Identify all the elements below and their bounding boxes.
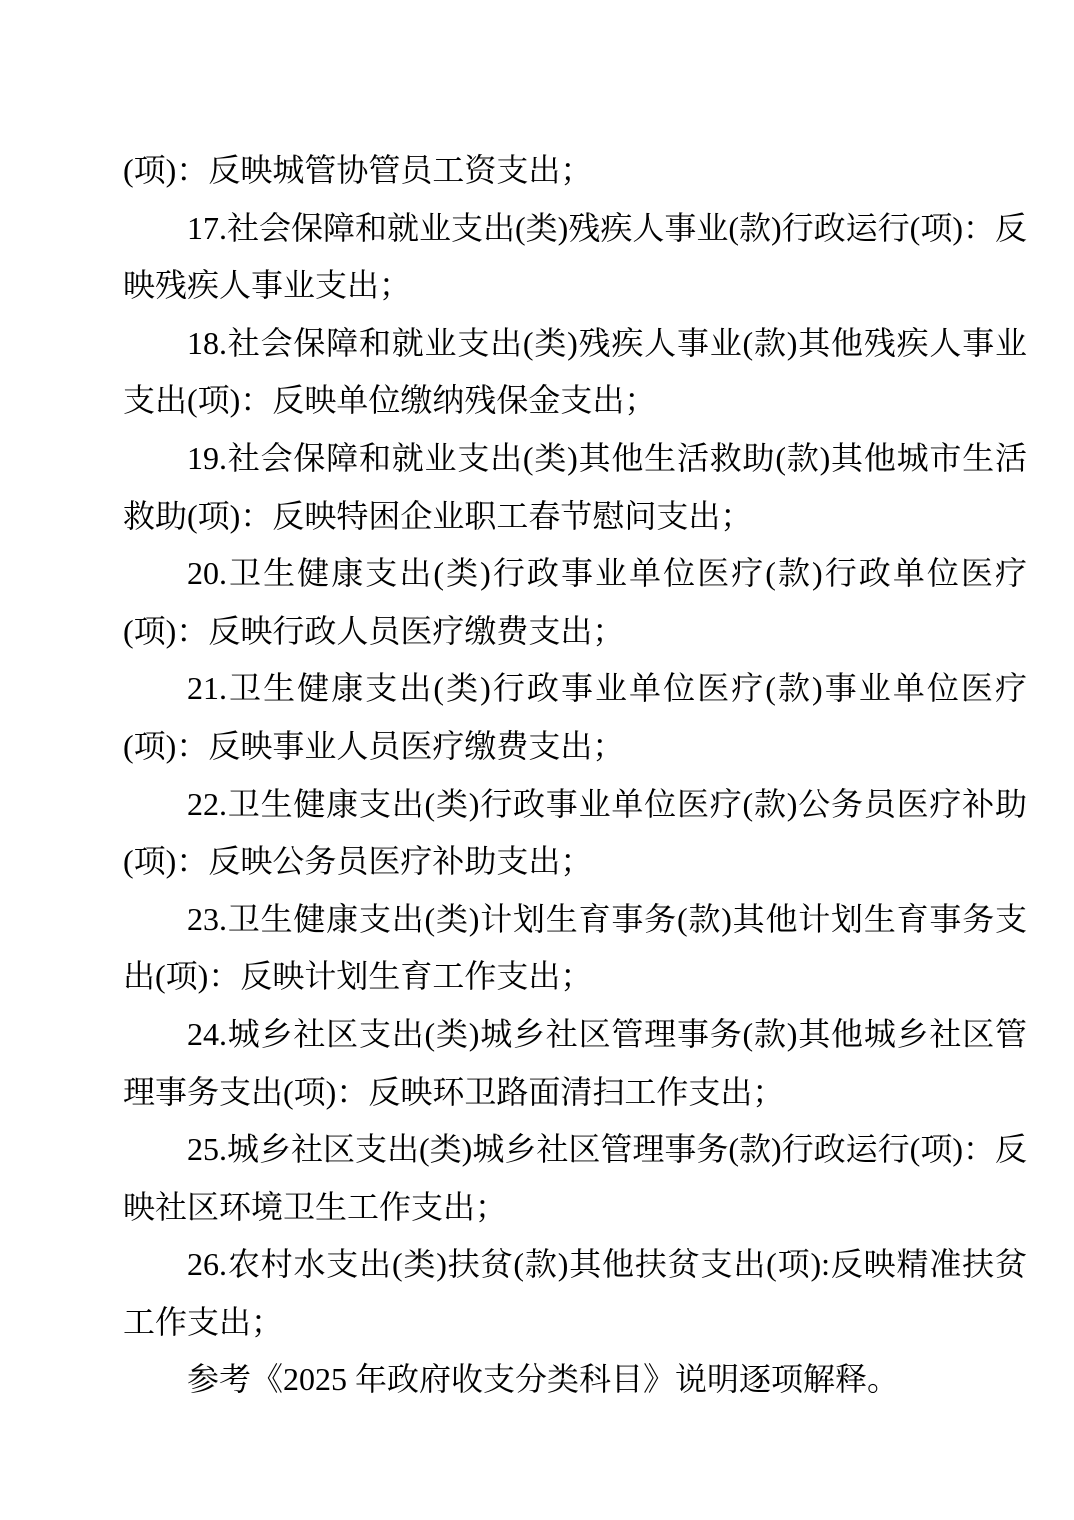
paragraph-item-21: 21.卫生健康支出(类)行政事业单位医疗(款)事业单位医疗(项)：反映事业人员医… [123, 660, 1027, 775]
paragraph-continuation-item-16: (项)：反映城管协管员工资支出； [123, 142, 1027, 200]
document-page: (项)：反映城管协管员工资支出； 17.社会保障和就业支出(类)残疾人事业(款)… [0, 0, 1074, 1520]
paragraph-item-25: 25.城乡社区支出(类)城乡社区管理事务(款)行政运行(项)：反映社区环境卫生工… [123, 1121, 1027, 1236]
paragraph-reference-note: 参考《2025 年政府收支分类科目》说明逐项解释。 [123, 1351, 1027, 1409]
paragraph-item-24: 24.城乡社区支出(类)城乡社区管理事务(款)其他城乡社区管理事务支出(项)：反… [123, 1006, 1027, 1121]
paragraph-item-22: 22.卫生健康支出(类)行政事业单位医疗(款)公务员医疗补助(项)：反映公务员医… [123, 776, 1027, 891]
paragraph-item-19: 19.社会保障和就业支出(类)其他生活救助(款)其他城市生活救助(项)：反映特困… [123, 430, 1027, 545]
paragraph-item-23: 23.卫生健康支出(类)计划生育事务(款)其他计划生育事务支出(项)：反映计划生… [123, 891, 1027, 1006]
paragraph-item-18: 18.社会保障和就业支出(类)残疾人事业(款)其他残疾人事业支出(项)：反映单位… [123, 315, 1027, 430]
paragraph-item-20: 20.卫生健康支出(类)行政事业单位医疗(款)行政单位医疗(项)：反映行政人员医… [123, 545, 1027, 660]
document-body-text: (项)：反映城管协管员工资支出； 17.社会保障和就业支出(类)残疾人事业(款)… [123, 142, 1027, 1409]
paragraph-item-17: 17.社会保障和就业支出(类)残疾人事业(款)行政运行(项)：反映残疾人事业支出… [123, 200, 1027, 315]
paragraph-item-26: 26.农村水支出(类)扶贫(款)其他扶贫支出(项):反映精准扶贫工作支出； [123, 1236, 1027, 1351]
